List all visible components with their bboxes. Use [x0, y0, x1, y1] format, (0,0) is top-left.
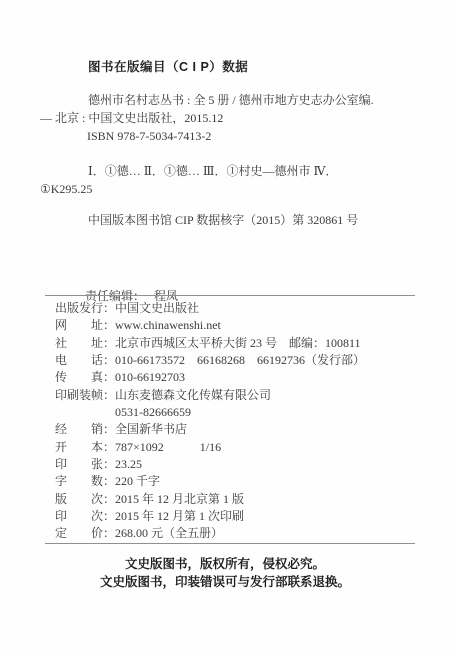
- cip-entry-line1: 德州市名村志丛书 : 全 5 册 / 德州市地方史志办公室编.: [40, 91, 430, 109]
- pub-label: 网 址：: [55, 317, 115, 334]
- cip-entry-block: 德州市名村志丛书 : 全 5 册 / 德州市地方史志办公室编. — 北京 : 中…: [40, 91, 430, 145]
- cip-registry-line: 中国版本图书馆 CIP 数据核字（2015）第 320861 号: [88, 211, 358, 228]
- pub-value: 010-66173572 66168268 66192736（发行部）: [115, 353, 365, 367]
- pub-label: 定 价：: [55, 525, 115, 542]
- pub-row-website: 网 址：www.chinawenshi.net: [55, 317, 435, 334]
- copyright-page: 图书在版编目（C I P）数据 德州市名村志丛书 : 全 5 册 / 德州市地方…: [0, 0, 450, 656]
- pub-value: 220 千字: [115, 474, 160, 488]
- cip-title: 图书在版编目（C I P）数据: [88, 57, 248, 75]
- pub-row-sheets: 印 张：23.25: [55, 456, 435, 473]
- publication-info-block: 出版发行：中国文史出版社 网 址：www.chinawenshi.net 社 址…: [55, 300, 435, 543]
- pub-row-edition: 版 次：2015 年 12 月北京第 1 版: [55, 491, 435, 508]
- copyright-notice: 文史版图书，版权所有，侵权必究。: [0, 555, 450, 573]
- divider-top: [45, 295, 415, 296]
- pub-label: 社 址：: [55, 335, 115, 352]
- pub-value: 山东麦德森文化传媒有限公司: [115, 388, 271, 402]
- pub-row-fax: 传 真：010-66192703: [55, 369, 435, 386]
- pub-row-address: 社 址：北京市西城区太平桥大街 23 号 邮编：100811: [55, 335, 435, 352]
- pub-label: 印刷装帧：: [55, 387, 115, 404]
- pub-row-format: 开 本：787×1092 1/16: [55, 439, 435, 456]
- pub-row-publisher: 出版发行：中国文史出版社: [55, 300, 435, 317]
- pub-row-price: 定 价：268.00 元（全五册）: [55, 525, 435, 542]
- pub-row-printer-phone: 0531-82666659: [55, 404, 435, 421]
- pub-label: 传 真：: [55, 369, 115, 386]
- pub-label: 字 数：: [55, 473, 115, 490]
- pub-label: 印 次：: [55, 508, 115, 525]
- cip-classification-block: Ⅰ．①德… Ⅱ．①德… Ⅲ．①村史—德州市 Ⅳ． ①K295.25: [40, 162, 430, 198]
- pub-row-distributor: 经 销：全国新华书店: [55, 421, 435, 438]
- pub-row-printer: 印刷装帧：山东麦德森文化传媒有限公司: [55, 387, 435, 404]
- classification-line2: ①K295.25: [40, 180, 430, 198]
- pub-value: 010-66192703: [115, 370, 185, 384]
- isbn-line: ISBN 978-7-5034-7413-2: [40, 127, 430, 145]
- pub-value: 2015 年 12 月北京第 1 版: [115, 492, 244, 506]
- pub-label: 印 张：: [55, 456, 115, 473]
- notices-block: 文史版图书，版权所有，侵权必究。 文史版图书，印装错误可与发行部联系退换。: [0, 555, 450, 591]
- pub-label: 电 话：: [55, 352, 115, 369]
- pub-label: 开 本：: [55, 439, 115, 456]
- pub-row-printing: 印 次：2015 年 12 月第 1 次印刷: [55, 508, 435, 525]
- pub-label: 出版发行：: [55, 300, 115, 317]
- pub-value: 北京市西城区太平桥大街 23 号 邮编：100811: [115, 336, 361, 350]
- pub-row-wordcount: 字 数：220 千字: [55, 473, 435, 490]
- pub-value: www.chinawenshi.net: [115, 318, 221, 332]
- pub-label: 版 次：: [55, 491, 115, 508]
- pub-value: 2015 年 12 月第 1 次印刷: [115, 509, 244, 523]
- cip-entry-line2: — 北京 : 中国文史出版社，2015.12: [40, 109, 430, 127]
- pub-value: 0531-82666659: [115, 405, 191, 419]
- pub-row-phone: 电 话：010-66173572 66168268 66192736（发行部）: [55, 352, 435, 369]
- pub-value: 268.00 元（全五册）: [115, 526, 223, 540]
- pub-label: 经 销：: [55, 421, 115, 438]
- pub-value: 787×1092 1/16: [115, 440, 221, 454]
- pub-value: 23.25: [115, 457, 142, 471]
- pub-value: 中国文史出版社: [115, 301, 199, 315]
- classification-line1: Ⅰ．①德… Ⅱ．①德… Ⅲ．①村史—德州市 Ⅳ．: [40, 162, 430, 180]
- divider-bottom: [45, 543, 415, 544]
- pub-value: 全国新华书店: [115, 422, 187, 436]
- return-notice: 文史版图书，印装错误可与发行部联系退换。: [0, 573, 450, 591]
